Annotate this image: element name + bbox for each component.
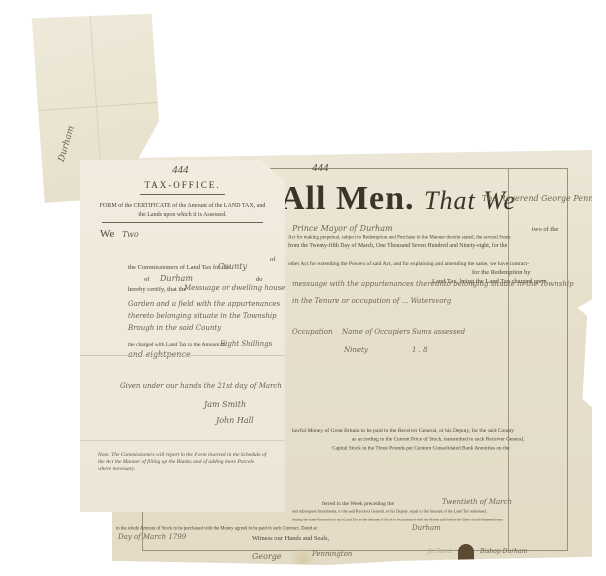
table-cell: 1 . 8 bbox=[412, 346, 428, 354]
we-label: We bbox=[100, 228, 114, 240]
handwritten-mayor: Prince Mayor of Durham bbox=[292, 224, 393, 233]
amount-hand: Eight Shillings bbox=[220, 340, 272, 348]
tax-office-certificate: 444 TAX-OFFICE. FORM of the CERTIFICATE … bbox=[80, 160, 285, 512]
certificate-hand-line: Brough in the said County bbox=[128, 324, 221, 332]
signature: George bbox=[252, 552, 282, 561]
document-number: 444 bbox=[312, 162, 329, 174]
printed-line: other Act for extending the Powers of sa… bbox=[288, 261, 529, 267]
of-label: of bbox=[144, 276, 149, 283]
handwritten-date: Day of March 1799 bbox=[118, 533, 186, 541]
certificate-hand-line: thereto belonging situate in the Townshi… bbox=[128, 312, 277, 320]
headline: All Men. That We bbox=[280, 180, 516, 218]
rule bbox=[140, 194, 225, 195]
table-col-occupation: Occupation bbox=[292, 328, 333, 336]
letter-signature: Durham bbox=[57, 125, 77, 163]
signature: Pennington bbox=[312, 550, 352, 558]
printed-line: from the Twenty-fifth Day of March, One … bbox=[288, 242, 507, 248]
certificate-title: TAX-OFFICE. bbox=[80, 180, 285, 190]
signer-1: Jam Smith bbox=[204, 400, 246, 409]
rule bbox=[102, 222, 263, 223]
handwritten-week: Twentieth of March bbox=[442, 498, 512, 506]
printed-line: bearing the same Proportion to such Land… bbox=[292, 518, 503, 522]
certificate-hand-line: Garden and a field with the appurtenance… bbox=[128, 300, 280, 308]
certificate-subtitle: FORM of the CERTIFICATE of the Amount of… bbox=[98, 202, 267, 220]
printed-line: Act for making perpetual, subject to Red… bbox=[288, 235, 510, 240]
certificate-number: 444 bbox=[172, 164, 189, 176]
certificate-note: Note. The Commissioners will report in t… bbox=[98, 452, 268, 473]
printed-line: lawful Money of Great Britain to be paid… bbox=[292, 428, 514, 434]
table-cell: Ninety bbox=[344, 346, 368, 354]
wax-seal bbox=[458, 544, 474, 570]
place-hand: Durham bbox=[160, 274, 193, 283]
do-label: do bbox=[256, 276, 263, 283]
handwritten-names: The Reverend George Pennington bbox=[482, 194, 606, 203]
printed-line: Witness our Hands and Seals, bbox=[252, 535, 329, 542]
handwritten-place: Durham bbox=[412, 524, 441, 532]
certify-text: hereby certify, that the bbox=[128, 286, 186, 293]
we-hand: Two bbox=[122, 230, 139, 239]
handwritten-middle: messuage with the appurtenances thereunt… bbox=[292, 280, 574, 288]
printed-line: and subsequent Instalments, to the said … bbox=[292, 509, 487, 513]
signature: Bishop Durham bbox=[480, 548, 527, 555]
certificate-hand-line: Messuage or dwelling house bbox=[184, 284, 285, 292]
charged-text: the charged with Land Tax to the Amount … bbox=[128, 342, 225, 348]
table-col-occupiers: Name of Occupiers bbox=[342, 328, 410, 336]
county-hand: County bbox=[218, 262, 247, 271]
commissioners-text: the Commissioners of Land Tax for the bbox=[128, 264, 230, 271]
handwritten-middle: in the Tenure or occupation of ... Water… bbox=[292, 297, 451, 305]
fold-line bbox=[38, 102, 158, 111]
signature: Jn Saml bbox=[428, 548, 451, 555]
printed-line: for the Redemption by bbox=[472, 269, 531, 276]
signer-2: John Hall bbox=[216, 416, 254, 425]
of-label: of bbox=[270, 256, 275, 263]
printed-line: ferred in the Week preceding the bbox=[322, 501, 394, 507]
table-col-sums: Sums assessed bbox=[412, 328, 465, 336]
fold-line bbox=[80, 355, 285, 356]
printed-line: as according to the Current Price of Sto… bbox=[352, 437, 524, 443]
printed-line: two of the bbox=[532, 226, 558, 233]
printed-line: Capital Stock in the Three Pounds per Ce… bbox=[332, 446, 510, 452]
headline-blackletter: All Men. bbox=[280, 180, 415, 217]
printed-line: to the whole Amount of Stock to be purch… bbox=[116, 526, 317, 531]
given-hand: Given under our hands the 21st day of Ma… bbox=[120, 382, 302, 390]
rule bbox=[80, 440, 285, 441]
